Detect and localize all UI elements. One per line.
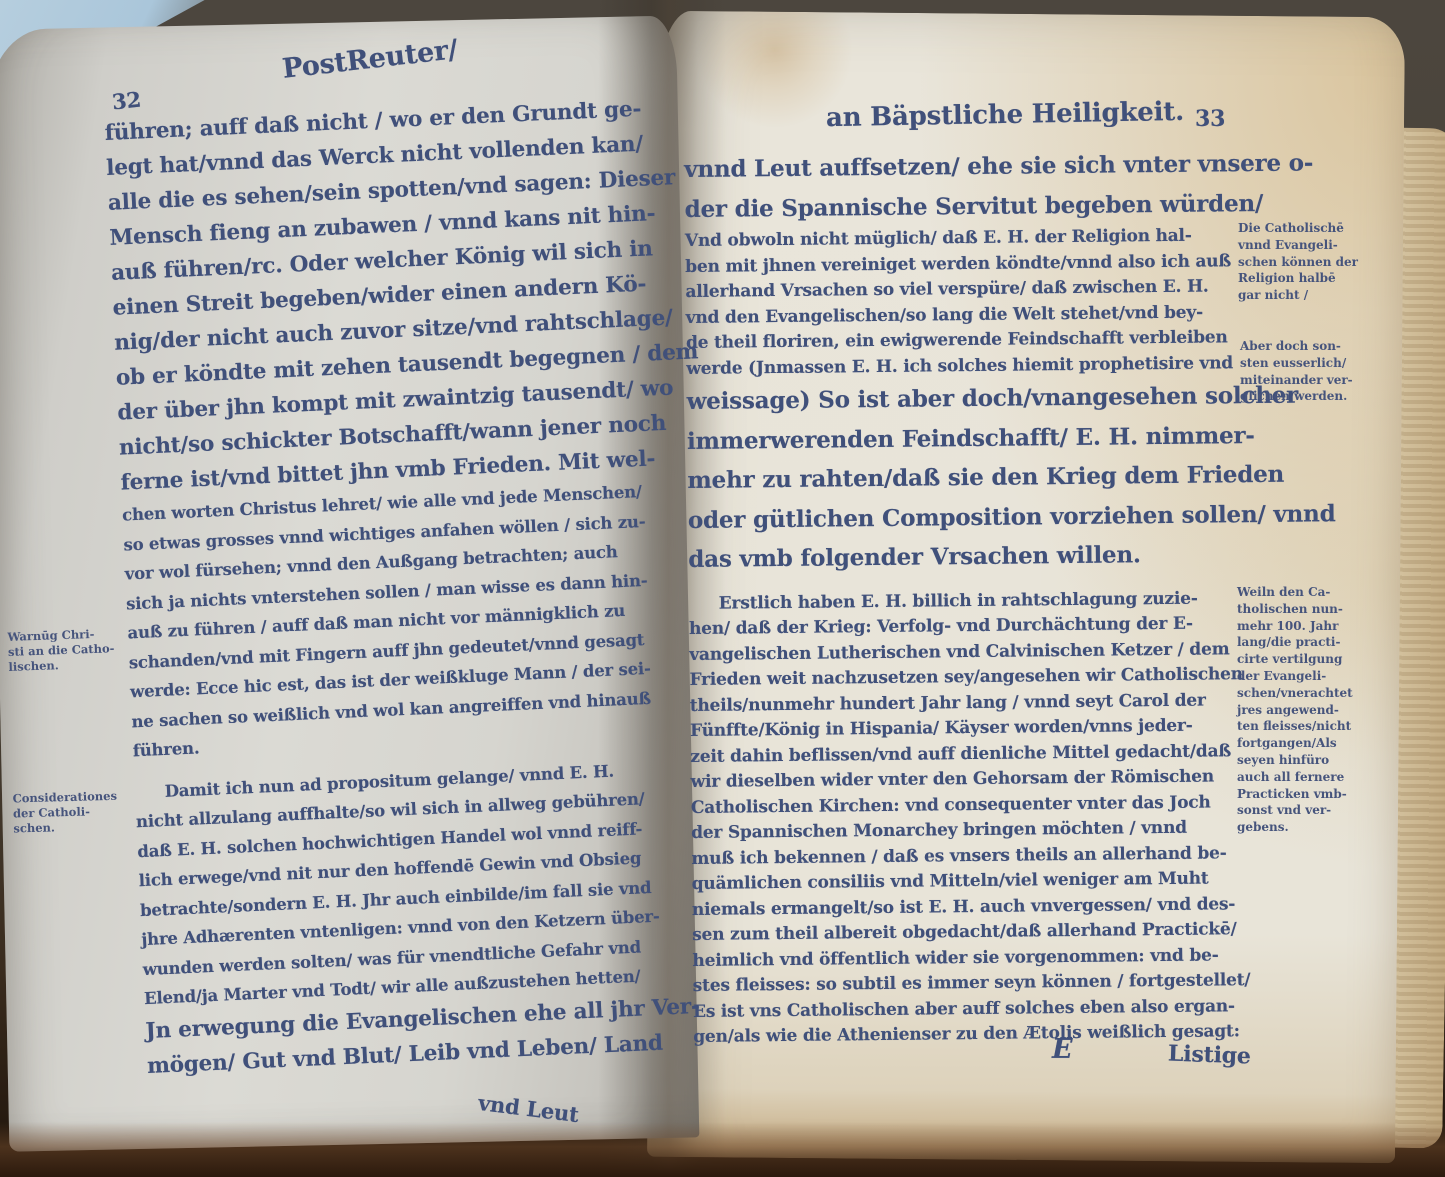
right-page-text: vnnd Leut auffsetzen/ ehe sie sich vnter… [684,144,1261,1050]
left-margin-note-1: Warnūg Chri-sti an die Catho-lischen. [7,626,121,675]
book-photo: 32 PostReuter/ führen; auff daß nicht / … [0,0,1445,1177]
table-edge [0,1122,1445,1177]
left-page-number: 32 [111,87,142,115]
right-margin-note-1: Die Catholischēvnnd Evangeli-schen könne… [1238,220,1368,304]
right-catchword: Listige [1168,1041,1252,1070]
left-margin-note-2: Considerationesder Catholi-schen. [12,789,125,837]
right-margin-note-3: Weiln den Ca-tholischen nun-mehr 100. Ja… [1237,584,1367,836]
left-page-text: führen; auff daß nicht / wo er den Grund… [104,91,699,1084]
right-page-number: 33 [1195,106,1225,132]
right-margin-note-2: Aber doch son-sten eusserlich/miteinande… [1240,338,1370,405]
signature-mark: E [1052,1034,1072,1065]
